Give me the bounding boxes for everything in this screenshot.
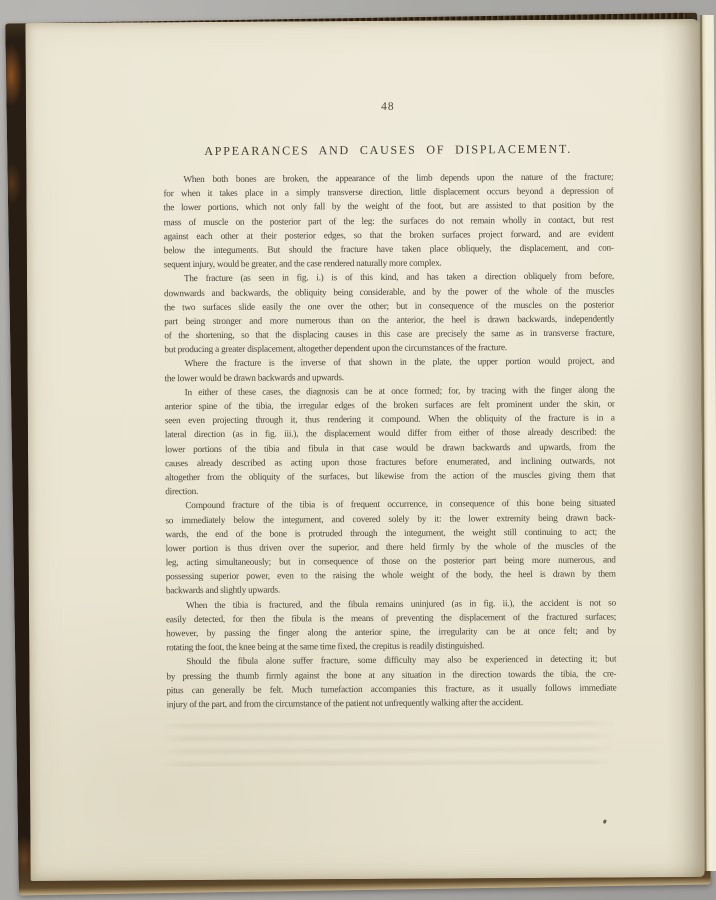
text-line: altogether from the obliquity of the sur… [165,468,615,485]
paragraph: Where the fracture is the inverse of tha… [164,355,614,386]
text-line: Where the fracture is the inverse of tha… [164,355,614,372]
paragraph: When both bones are broken, the appearan… [163,170,614,272]
text-line: injury of the part, and from the circums… [167,695,617,712]
paragraph: Should the fibula alone suffer fracture,… [166,653,616,712]
document-body: When both bones are broken, the appearan… [163,170,616,712]
page-fold-shadow [661,19,704,877]
paragraph: Compound fracture of the tibia is of fre… [165,497,616,599]
text-line: however, by passing the finger along the… [166,624,616,641]
page-number: 48 [163,99,613,114]
ink-speck [603,819,607,824]
section-heading: APPEARANCES AND CAUSES OF DISPLACEMENT. [163,141,613,159]
text-line: below the integuments. But should the fr… [164,241,614,258]
paragraph: The fracture (as seen in fig. i.) is of … [164,270,615,358]
reverse-print-show-through [160,720,616,767]
paragraph: When the tibia is fractured, and the fib… [166,596,616,655]
paragraph: In either of these cases, the diagnosis … [165,383,616,499]
book-page: 48 APPEARANCES AND CAUSES OF DISPLACEMEN… [25,19,704,881]
text-line: pitus can generally be felt. Much tumefa… [166,681,616,698]
scanned-book-photo: 48 APPEARANCES AND CAUSES OF DISPLACEMEN… [0,0,716,900]
